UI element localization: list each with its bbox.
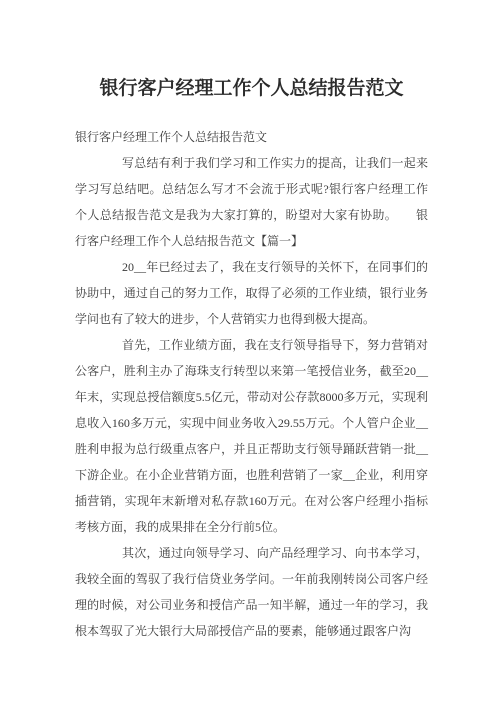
document-page: 银行客户经理工作个人总结报告范文 银行客户经理工作个人总结报告范文 写总结有利于… bbox=[0, 0, 500, 707]
paragraph-intro: 写总结有利于我们学习和工作实力的提高，让我们一起来学习写总结吧。总结怎么写才不会… bbox=[75, 150, 428, 254]
paragraph-opening: 20__年已经过去了，我在支行领导的关怀下，在同事们的协助中，通过自己的努力工作… bbox=[75, 254, 428, 332]
paragraph-learning: 其次，通过向领导学习、向产品经理学习、向书本学习，我较全面的驾驭了我行信贷业务学… bbox=[75, 540, 428, 644]
document-title: 银行客户经理工作个人总结报告范文 bbox=[75, 74, 428, 104]
paragraph-work-results: 首先，工作业绩方面，我在支行领导指导下，努力营销对公客户，胜利主办了海珠支行转型… bbox=[75, 332, 428, 540]
document-subtitle: 银行客户经理工作个人总结报告范文 bbox=[75, 124, 428, 150]
